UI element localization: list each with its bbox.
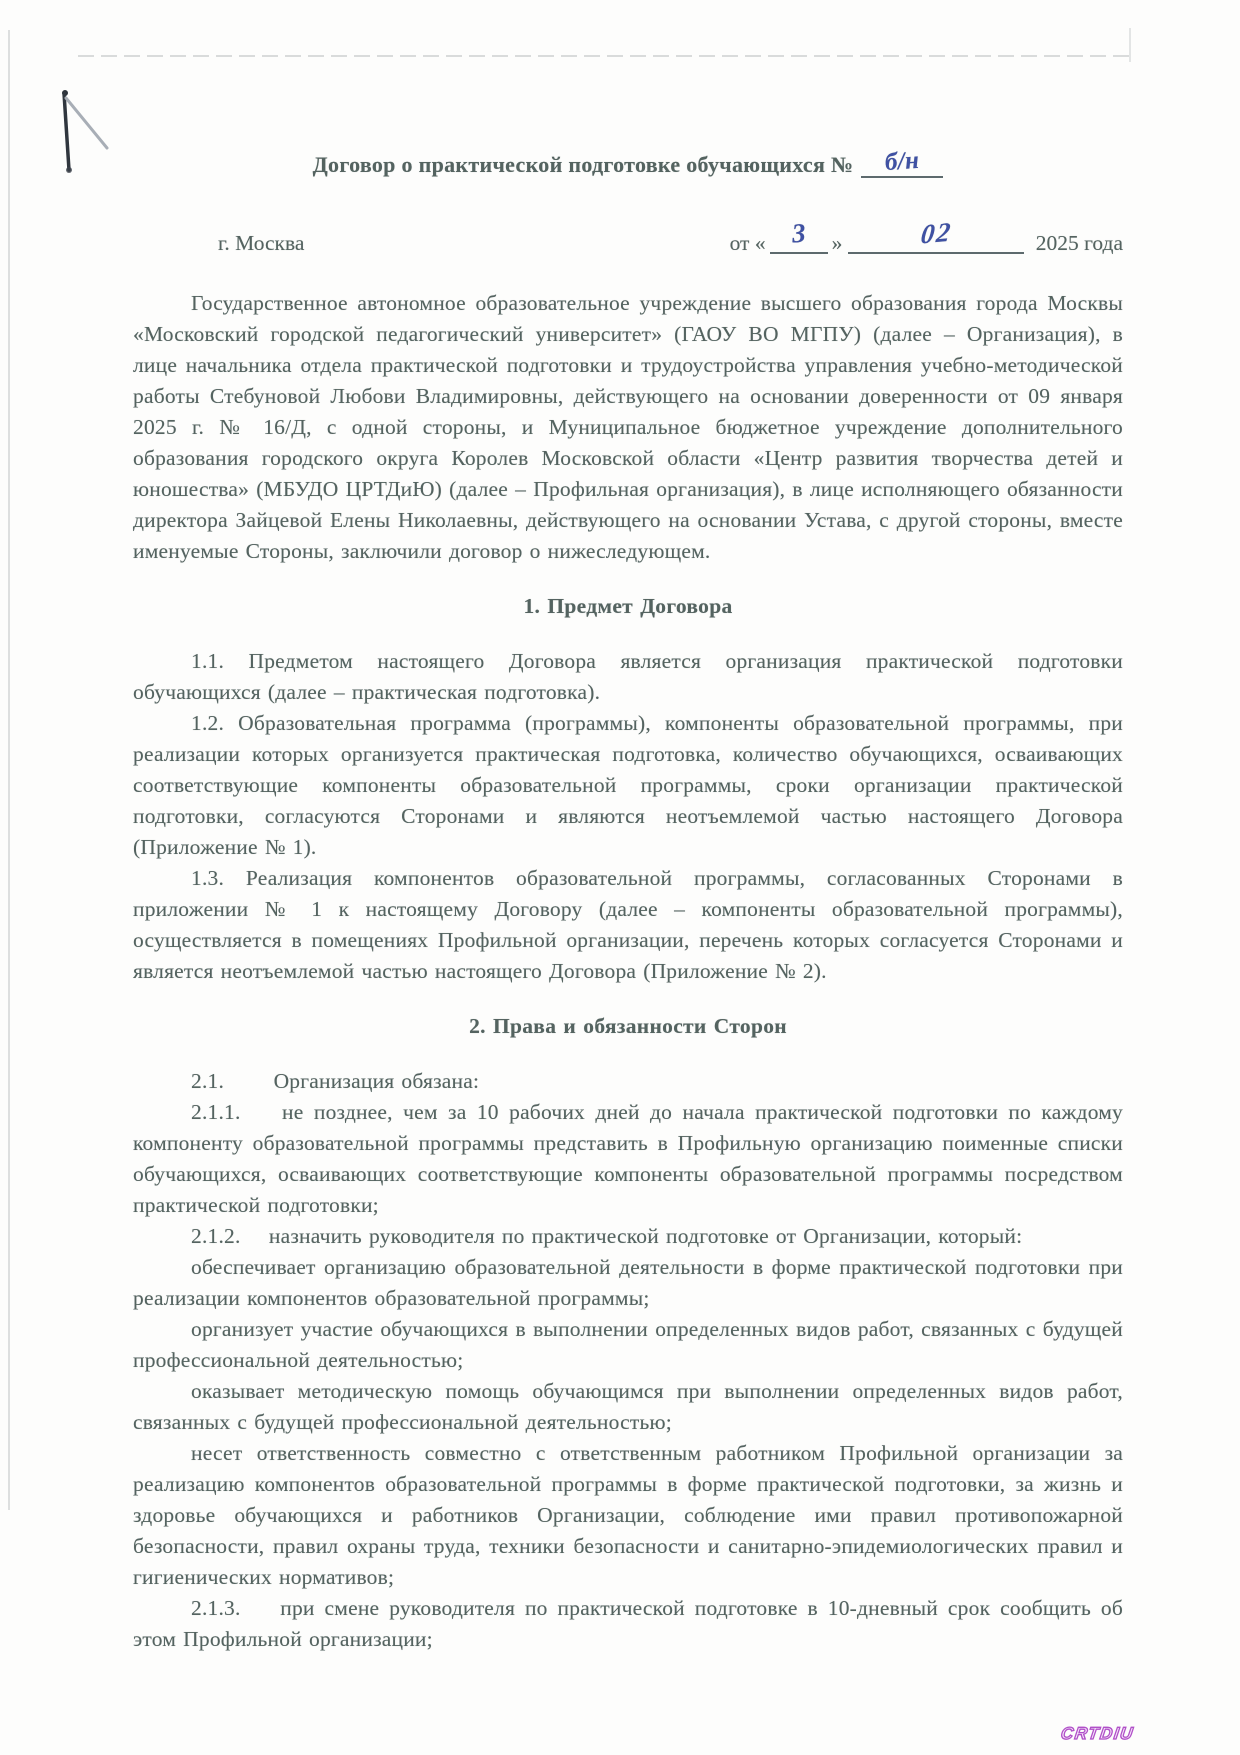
date-day-handwritten: 3 xyxy=(791,218,807,250)
contract-paragraph: обеспечивает организацию образовательной… xyxy=(133,1252,1123,1314)
contract-paragraph: Государственное автономное образовательн… xyxy=(133,288,1123,567)
date-quote-close: » xyxy=(832,231,843,255)
document-title: Договор о практической подготовке обучаю… xyxy=(133,150,1123,180)
date-quote-open: « xyxy=(755,231,766,255)
document-content: Договор о практической подготовке обучаю… xyxy=(133,150,1123,1655)
pen-mark-icon xyxy=(52,88,124,180)
contract-paragraph: 1.1. Предметом настоящего Договора являе… xyxy=(133,646,1123,708)
date-from-word: от xyxy=(730,231,750,255)
date-month-blank: 02 xyxy=(848,226,1024,254)
contract-paragraph: 2.1.3. при смене руководителя по практич… xyxy=(133,1593,1123,1655)
contract-paragraph: оказывает методическую помощь обучающимс… xyxy=(133,1376,1123,1438)
watermark: CRTDIU xyxy=(1060,1724,1136,1744)
contract-paragraph: 1.3. Реализация компонентов образователь… xyxy=(133,863,1123,987)
city-date-row: г. Москва от «3»02 2025 года xyxy=(133,226,1123,256)
contract-number-handwritten: б/н xyxy=(884,146,920,178)
scan-edge-line xyxy=(8,30,10,1510)
contract-number-blank: б/н xyxy=(861,150,943,178)
section-heading: 2. Права и обязанности Сторон xyxy=(133,1011,1123,1042)
contract-paragraph: 2.1.2. назначить руководителя по практич… xyxy=(133,1221,1123,1252)
scanned-document-page: Договор о практической подготовке обучаю… xyxy=(0,0,1240,1755)
contract-paragraph: 2.1. Организация обязана: xyxy=(133,1066,1123,1097)
scan-artifact-line xyxy=(78,55,1134,57)
contract-paragraph: 2.1.1. не позднее, чем за 10 рабочих дне… xyxy=(133,1097,1123,1221)
document-title-text: Договор о практической подготовке обучаю… xyxy=(313,152,854,177)
section-heading: 1. Предмет Договора xyxy=(133,591,1123,622)
city-label: г. Москва xyxy=(218,231,304,256)
contract-paragraph: несет ответственность совместно с ответс… xyxy=(133,1438,1123,1593)
date-year-text: 2025 года xyxy=(1036,231,1123,255)
date-day-blank: 3 xyxy=(770,226,828,254)
date-month-handwritten: 02 xyxy=(919,216,954,250)
date-line: от «3»02 2025 года xyxy=(730,226,1123,256)
contract-paragraph: организует участие обучающихся в выполне… xyxy=(133,1314,1123,1376)
contract-paragraph: 1.2. Образовательная программа (программ… xyxy=(133,708,1123,863)
paragraphs: Государственное автономное образовательн… xyxy=(133,288,1123,1655)
scan-artifact-tick xyxy=(1129,28,1131,62)
